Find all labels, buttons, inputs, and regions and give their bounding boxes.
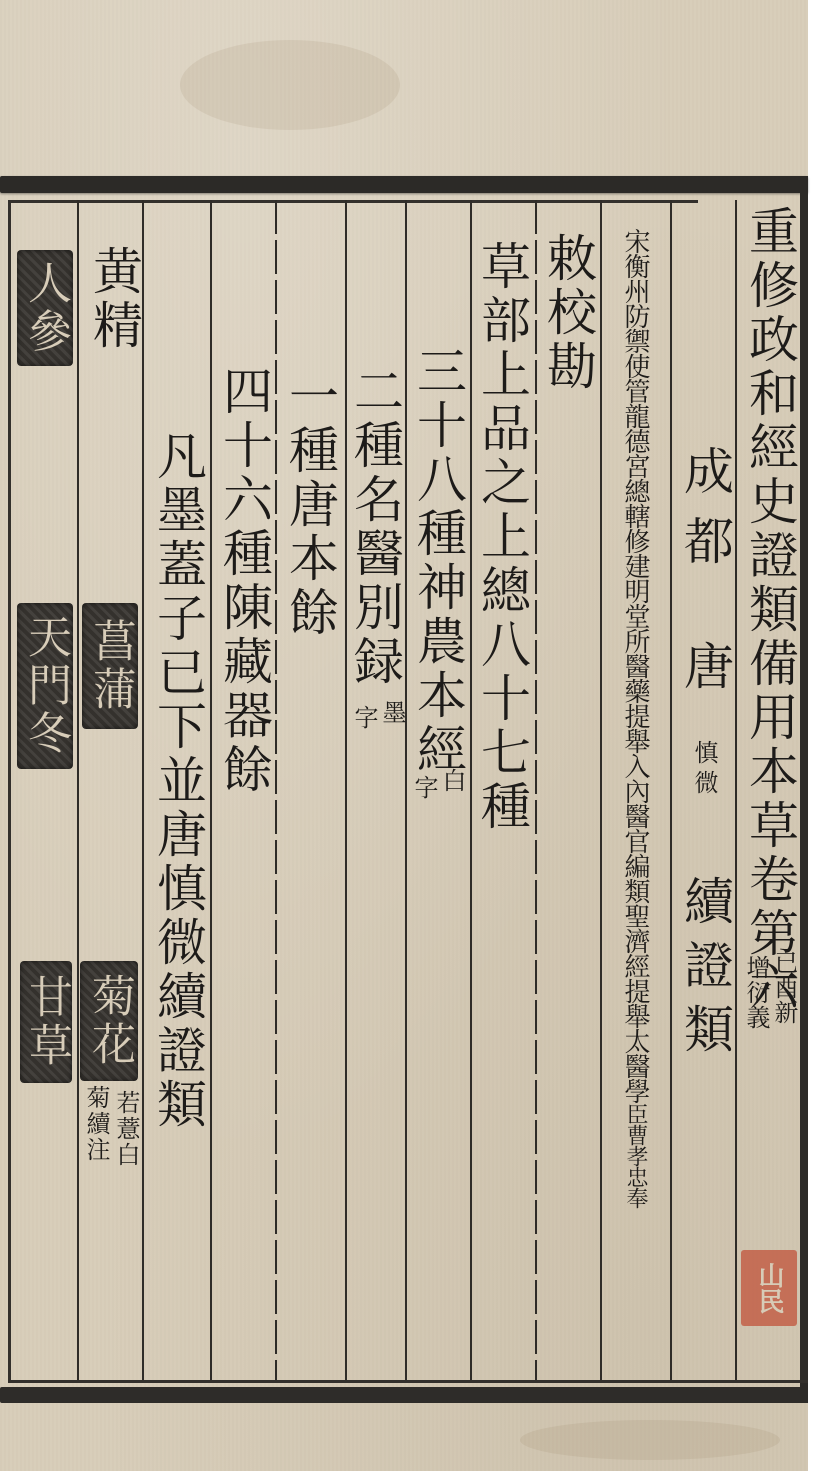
herb-huangjing: 黄精 xyxy=(84,245,144,353)
summary-line: 草部上品之上總八十七種 xyxy=(472,240,532,834)
inner-left-rule xyxy=(8,200,11,1383)
column-rule xyxy=(735,200,737,1380)
item-count-tangben: 一種唐本餘 xyxy=(280,370,340,640)
book-title: 重修政和經史證類備用本草卷第六 xyxy=(740,205,800,1015)
compiler-name: 臣曹孝忠奉 xyxy=(623,1103,648,1208)
column-rule xyxy=(142,200,144,1380)
author-given-name: 慎微 xyxy=(690,740,718,800)
herb-tianmendong-boxed: 天門冬 xyxy=(17,603,73,769)
herb-juhua-note-right: 若薏白 xyxy=(112,1090,140,1168)
title-note-line-2: 增衍義 xyxy=(742,955,770,1030)
section-heading: 敕校勘 xyxy=(538,232,598,394)
column-rule xyxy=(600,200,602,1380)
item-count-mingyi: 二種名醫別録 xyxy=(345,365,405,689)
frame-bottom-border xyxy=(0,1387,808,1403)
explanatory-note: 凡墨蓋子已下並唐慎微續證類 xyxy=(148,430,208,1132)
item-count-chencangqi: 四十六種陳藏器餘 xyxy=(214,365,274,797)
column-rule xyxy=(77,200,79,1380)
compiler-credit: 宋衡州防禦使管龍德宮總轄修建明堂所醫藥提舉入內醫官編類聖濟經提舉太醫學臣曹孝忠奉 xyxy=(608,228,662,1208)
herb-juhua-boxed: 菊花 xyxy=(80,961,138,1081)
red-seal-stamp: 山民 xyxy=(741,1250,797,1326)
compiler-titles: 宋衡州防禦使管龍德宮總轄修建明堂所醫藥提舉入內醫官編類聖濟經提舉太醫學 xyxy=(620,228,650,1103)
column-rule xyxy=(535,200,537,1380)
author-place: 成都 xyxy=(675,445,735,585)
author-action: 續證類 xyxy=(675,875,735,1067)
paper-stain xyxy=(180,40,400,130)
author-surname: 唐 xyxy=(675,640,735,694)
column-rule xyxy=(405,200,407,1380)
item-count-shennong: 三十八種神農本經 xyxy=(408,345,468,777)
column-rule xyxy=(670,200,672,1380)
frame-top-border xyxy=(0,176,808,193)
herb-changpu-boxed: 菖蒲 xyxy=(82,603,138,729)
item-note-white: 白 xyxy=(438,768,466,794)
column-rule xyxy=(275,200,277,1380)
paper-stain xyxy=(520,1420,780,1460)
item-note-character: 字 xyxy=(410,775,438,801)
item-note-character: 字 xyxy=(350,705,378,731)
item-note-black: 墨 xyxy=(378,700,406,726)
frame-right-border xyxy=(800,176,808,1403)
inner-bottom-rule xyxy=(8,1380,808,1383)
title-note-line-1: 已酉新 xyxy=(770,950,798,1025)
page-edge xyxy=(808,0,827,1471)
herb-gancao-boxed: 甘草 xyxy=(20,961,72,1083)
herb-juhua-note-left: 菊續注 xyxy=(82,1085,110,1163)
herb-renshen-boxed: 人參 xyxy=(17,250,73,366)
inner-top-rule xyxy=(8,200,698,203)
paper-background xyxy=(0,0,808,1471)
column-rule xyxy=(210,200,212,1380)
